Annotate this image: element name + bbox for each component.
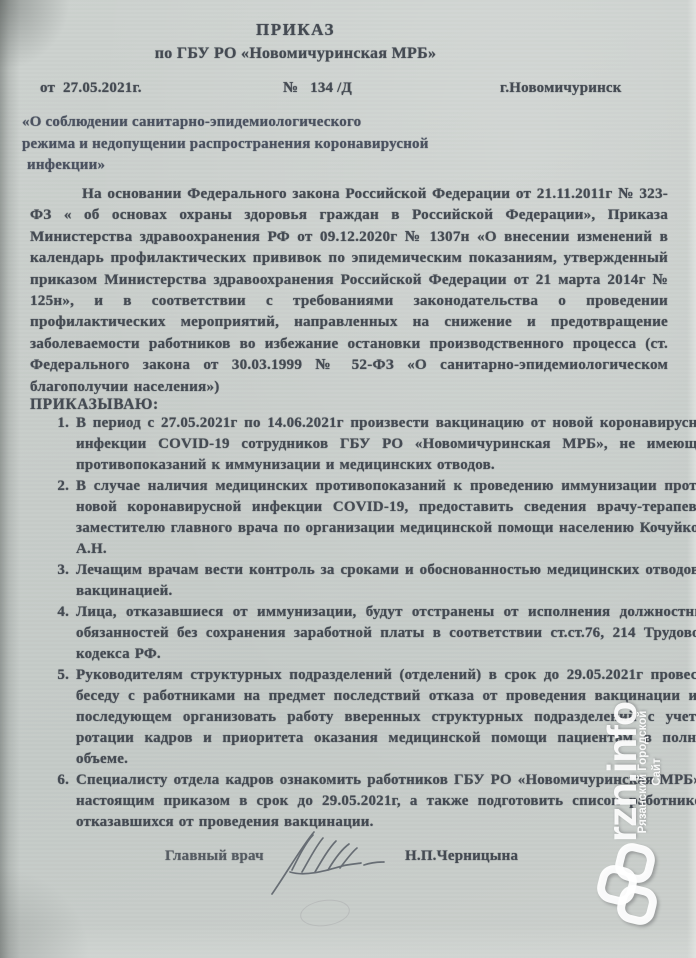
order-subtitle: по ГБУ РО «Новомичуринская МРБ» — [8, 45, 583, 63]
preamble-paragraph: На основании Федерального закона Российс… — [30, 183, 668, 397]
city-label: г.Новомичуринск — [500, 80, 622, 97]
order-heading: ПРИКАЗЫВАЮ: — [30, 396, 159, 414]
page-title: ПРИКАЗ — [8, 20, 583, 40]
subject-block: «О соблюдении санитарно-эпидемиологическ… — [22, 112, 452, 177]
subject-line: режима и недопущении распространения кор… — [22, 134, 452, 156]
order-items-list: В период с 27.05.2021г по 14.06.2021г пр… — [30, 413, 696, 833]
order-item: В случае наличия медицинских противопока… — [74, 476, 696, 560]
document-header: ПРИКАЗ по ГБУ РО «Новомичуринская МРБ» — [8, 20, 583, 63]
faint-stamp-mark — [298, 897, 351, 930]
subject-line: инфекции» — [22, 155, 452, 177]
signature-title: Главный врач — [165, 848, 264, 865]
signatory-name: Н.П.Черницына — [405, 848, 518, 865]
signature-scribble — [258, 822, 398, 900]
order-item: Лица, отказавшиеся от иммунизации, будут… — [74, 602, 696, 665]
order-number: № 134 /Д — [283, 80, 352, 97]
watermark-tagline: Рязанский Городской Сайт — [636, 696, 650, 848]
subject-line: «О соблюдении санитарно-эпидемиологическ… — [22, 112, 452, 134]
date-label: от 27.05.2021г. — [40, 80, 142, 97]
order-item: В период с 27.05.2021г по 14.06.2021г пр… — [74, 413, 696, 476]
rzn-logo-icon — [596, 840, 684, 928]
document-page: ПРИКАЗ по ГБУ РО «Новомичуринская МРБ» о… — [0, 0, 696, 958]
order-item: Лечащим врачам вести контроль за сроками… — [74, 560, 696, 602]
